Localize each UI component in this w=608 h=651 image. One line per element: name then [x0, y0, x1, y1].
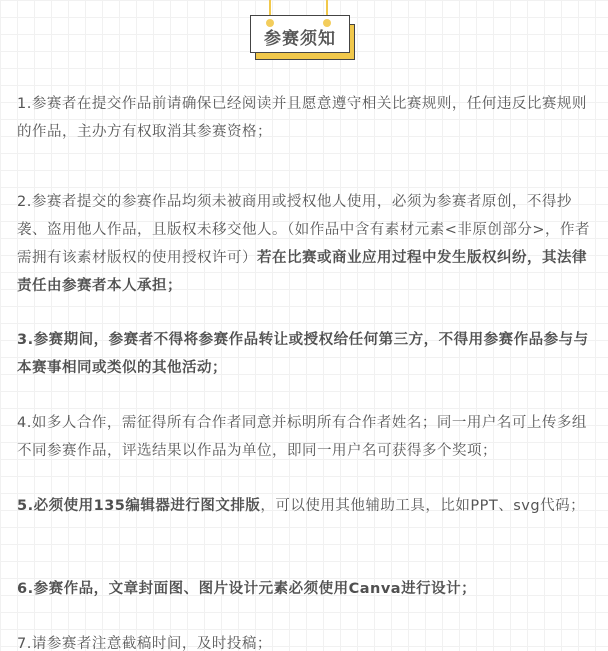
section-title: 参赛须知 [264, 24, 336, 49]
rule-2: 2.参赛者提交的参赛作品均须未被商用或授权他人使用，必须为参赛者原创，不得抄袭、… [17, 188, 592, 300]
rule-5-emphasis: 必须使用135编辑器进行图文排版 [34, 498, 261, 514]
pin-dot-right [323, 19, 331, 27]
rule-4: 4.如多人合作，需征得所有合作者同意并标明所有合作者姓名；同一用户名可上传多组不… [17, 409, 592, 465]
rule-3: 3.参赛期间，参赛者不得将参赛作品转让或授权给任何第三方，不得用参赛作品参与与本… [17, 326, 592, 382]
rule-6: 6.参赛作品，文章封面图、图片设计元素必须使用Canva进行设计； [17, 575, 476, 603]
rule-1: 1.参赛者在提交作品前请确保已经阅读并且愿意遵守相关比赛规则，任何违反比赛规则的… [17, 90, 592, 146]
rule-7: 7.请参赛者注意截稿时间，及时投稿； [17, 630, 272, 651]
title-card-box: 参赛须知 [250, 15, 350, 53]
pin-dot-left [266, 19, 274, 27]
title-card: 参赛须知 [250, 0, 352, 60]
rule-5: 5.必须使用135编辑器进行图文排版，可以使用其他辅助工具，比如PPT、svg代… [17, 492, 585, 520]
